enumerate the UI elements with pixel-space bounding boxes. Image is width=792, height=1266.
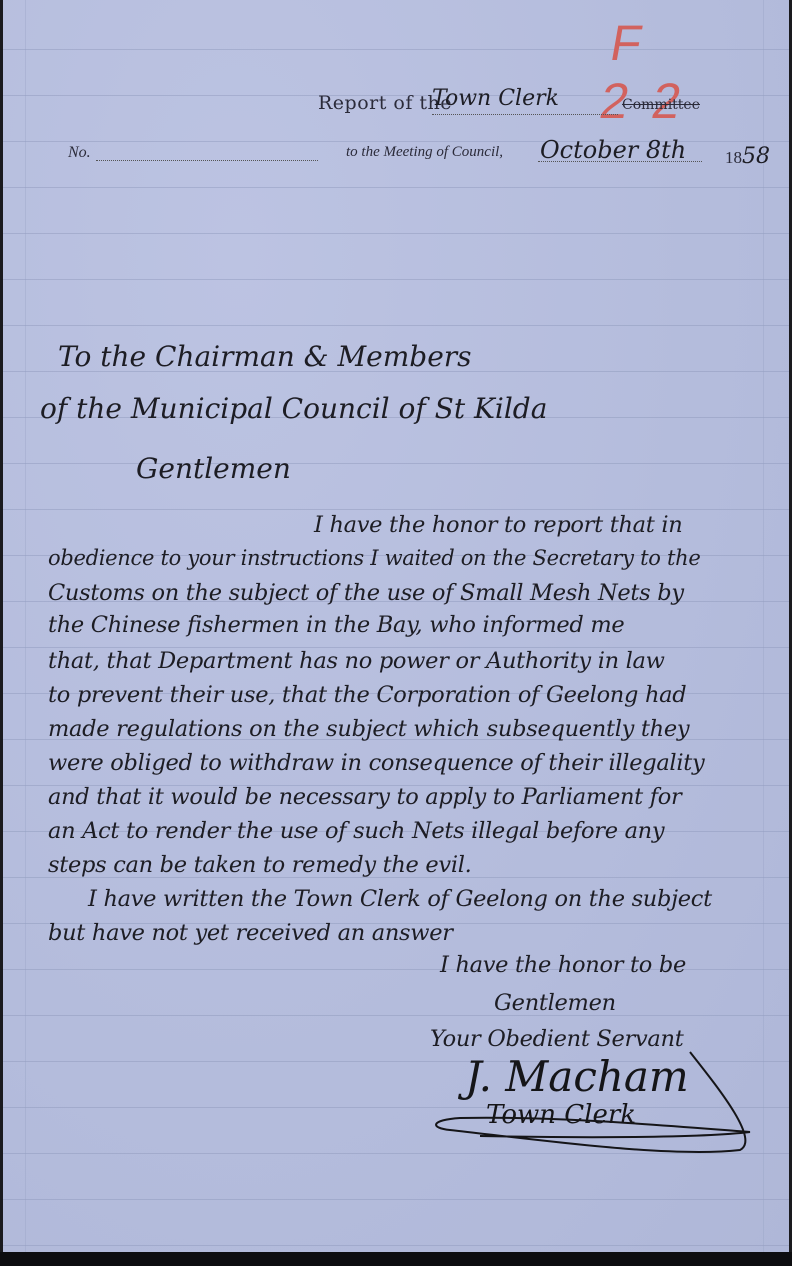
addressee-line-1: To the Chairman & Members bbox=[58, 340, 472, 373]
body-line: obedience to your instructions I waited … bbox=[48, 546, 700, 570]
body-line: Customs on the subject of the use of Sma… bbox=[48, 580, 684, 606]
meeting-year: 1858 bbox=[725, 144, 770, 169]
margin-rule bbox=[25, 0, 26, 1254]
body-line: that, that Department has no power or Au… bbox=[48, 648, 665, 674]
number-label: No. bbox=[68, 144, 91, 162]
body-line: made regulations on the subject which su… bbox=[48, 716, 689, 742]
body-line: were obliged to withdraw in consequence … bbox=[48, 750, 704, 776]
addressee-line-2: of the Municipal Council of St Kilda bbox=[40, 392, 547, 425]
body-line: but have not yet received an answer bbox=[48, 920, 453, 946]
salutation: Gentlemen bbox=[136, 452, 291, 485]
body-line: steps can be taken to remedy the evil. bbox=[48, 852, 471, 878]
signature-flourish-icon bbox=[420, 1030, 780, 1160]
closing-line-1: I have the honor to be bbox=[440, 952, 686, 978]
body-line: and that it would be necessary to apply … bbox=[48, 784, 682, 810]
closing-line-2: Gentlemen bbox=[494, 990, 616, 1016]
year-suffix: 58 bbox=[742, 144, 770, 169]
body-line: an Act to render the use of such Nets il… bbox=[48, 818, 664, 844]
meeting-date: October 8th bbox=[540, 136, 686, 164]
struck-word: Committee bbox=[622, 97, 700, 113]
meeting-label: to the Meeting of Council, bbox=[346, 144, 503, 161]
number-field bbox=[96, 160, 318, 161]
body-line: I have the honor to report that in bbox=[314, 512, 682, 538]
report-of-value: Town Clerk bbox=[432, 86, 559, 111]
body-line: to prevent their use, that the Corporati… bbox=[48, 682, 686, 708]
scan-edge bbox=[0, 1252, 792, 1266]
year-prefix: 18 bbox=[725, 148, 742, 167]
body-line: I have written the Town Clerk of Geelong… bbox=[88, 886, 712, 912]
body-line: the Chinese fishermen in the Bay, who in… bbox=[48, 612, 624, 638]
report-of-dots bbox=[432, 114, 618, 115]
struck-committee: Committee bbox=[622, 96, 700, 114]
